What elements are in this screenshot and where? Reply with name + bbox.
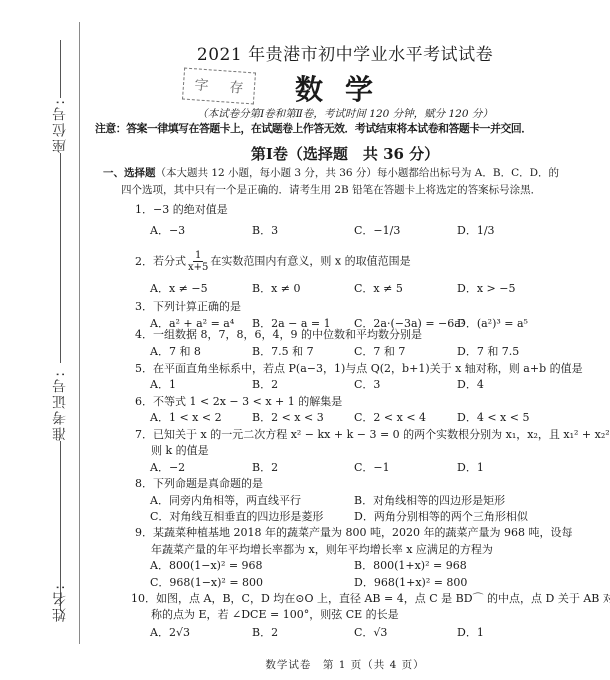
option-d[interactable]: D．4 < x < 5 <box>457 409 529 425</box>
name-label: 姓名: <box>50 583 70 622</box>
question-stem: 已知关于 x 的一元二次方程 x² − kx + k − 3 = 0 的两个实数… <box>153 428 610 441</box>
section-title: 第Ⅰ卷（选择题 共 36 分） <box>0 143 610 164</box>
question-4: 4．一组数据 8，7，8，6，4，9 的中位数和平均数分别是 <box>135 326 422 342</box>
option-b[interactable]: B．800(1+x)² = 968 <box>354 557 467 573</box>
fraction: 1x+5 <box>188 250 208 273</box>
subject-title: 数学 <box>0 68 610 108</box>
intro-line-1: （本大题共 12 小题，每小题 3 分，共 36 分）每小题都给出标号为 A．B… <box>156 167 560 179</box>
option-a[interactable]: A．−2 <box>150 459 185 475</box>
option-d[interactable]: D．1 <box>457 459 484 475</box>
question-9: 9．某蔬菜种植基地 2018 年的蔬菜产量为 800 吨，2020 年的蔬菜产量… <box>135 524 572 540</box>
option-c[interactable]: C．√3 <box>354 624 387 640</box>
option-d[interactable]: D．4 <box>457 376 484 392</box>
option-c[interactable]: C．7 和 7 <box>354 343 405 359</box>
option-a[interactable]: A．−3 <box>150 222 185 238</box>
option-c[interactable]: C．−1/3 <box>354 222 400 238</box>
option-c[interactable]: C．−1 <box>354 459 390 475</box>
option-c[interactable]: C．968(1−x)² = 800 <box>150 574 263 590</box>
exam-title: 2021 年贵港市初中学业水平考试试卷 <box>0 40 610 65</box>
option-c[interactable]: C．对角线互相垂直的四边形是菱形 <box>150 508 323 524</box>
option-d[interactable]: D．7 和 7.5 <box>457 343 519 359</box>
question-1: 1．−3 的绝对值是 <box>135 201 228 217</box>
option-a[interactable]: A．同旁内角相等，两直线平行 <box>150 492 301 508</box>
section-heading: 一、选择题 <box>103 167 156 179</box>
option-a[interactable]: A．800(1−x)² = 968 <box>150 557 263 573</box>
option-a[interactable]: A．1 < x < 2 <box>150 409 222 425</box>
option-d[interactable]: D．1 <box>457 624 484 640</box>
question-stem: 在平面直角坐标系中，若点 P(a−3，1)与点 Q(2，b+1)关于 x 轴对称… <box>153 362 583 375</box>
option-c[interactable]: C．3 <box>354 376 380 392</box>
option-b[interactable]: B．对角线相等的四边形是矩形 <box>354 492 505 508</box>
option-b[interactable]: B．2 < x < 3 <box>252 409 324 425</box>
option-a[interactable]: A．1 <box>150 376 176 392</box>
option-b[interactable]: B．2 <box>252 459 278 475</box>
question-6: 6．不等式 1 < 2x − 3 < x + 1 的解集是 <box>135 393 342 409</box>
exam-notice: 注意：答案一律填写在答题卡上，在试题卷上作答无效．考试结束将本试卷和答题卡一并交… <box>95 121 532 136</box>
fraction-denominator: x+5 <box>188 262 208 273</box>
question-number: 8． <box>135 475 153 491</box>
question-7: 7．已知关于 x 的一元二次方程 x² − kx + k − 3 = 0 的两个… <box>135 426 610 442</box>
option-c[interactable]: C．x ≠ 5 <box>354 280 403 296</box>
question-number: 3． <box>135 298 153 314</box>
option-d[interactable]: D．(a²)³ = a⁵ <box>457 315 528 331</box>
question-stem: 在实数范围内有意义，则 x 的取值范围是 <box>210 255 410 268</box>
question-stem: 不等式 1 < 2x − 3 < x + 1 的解集是 <box>153 395 342 408</box>
question-2: 2．若分式1x+5在实数范围内有意义，则 x 的取值范围是 <box>135 250 411 273</box>
admission-number-label: 准考证号: <box>50 370 70 441</box>
page-footer: 数学试卷 第 1 页（共 4 页） <box>0 657 610 672</box>
option-b[interactable]: B．7.5 和 7 <box>252 343 314 359</box>
question-number: 1． <box>135 201 153 217</box>
question-number: 7． <box>135 426 153 442</box>
question-stem: 下列命题是真命题的是 <box>153 477 263 490</box>
section-intro: 一、选择题（本大题共 12 小题，每小题 3 分，共 36 分）每小题都给出标号… <box>103 165 603 199</box>
question-5: 5．在平面直角坐标系中，若点 P(a−3，1)与点 Q(2，b+1)关于 x 轴… <box>135 360 583 376</box>
question-number: 10． <box>131 590 156 606</box>
question-10-line-2: 称的点为 E，若 ∠DCE = 100°，则弦 CE 的长是 <box>151 606 399 622</box>
question-stem: −3 的绝对值是 <box>153 203 228 216</box>
option-d[interactable]: D．968(1+x)² = 800 <box>354 574 467 590</box>
question-number: 9． <box>135 524 153 540</box>
fraction-numerator: 1 <box>193 250 203 262</box>
intro-line-2: 四个选项，其中只有一个是正确的．请考生用 2B 铅笔在答题卡上将选定的答案标号涂… <box>103 182 603 199</box>
question-number: 6． <box>135 393 153 409</box>
question-stem: 若分式 <box>153 255 186 268</box>
question-stem: 某蔬菜种植基地 2018 年的蔬菜产量为 800 吨，2020 年的蔬菜产量为 … <box>153 526 572 539</box>
option-a[interactable]: A．7 和 8 <box>150 343 201 359</box>
admission-number-field[interactable]: 准考证号: <box>50 370 70 611</box>
option-a[interactable]: A．x ≠ −5 <box>150 280 208 296</box>
option-b[interactable]: B．x ≠ 0 <box>252 280 301 296</box>
question-number: 5． <box>135 360 153 376</box>
question-10: 10．如图，点 A，B，C，D 均在⊙O 上，直径 AB = 4，点 C 是 B… <box>131 590 610 606</box>
question-stem: 下列计算正确的是 <box>153 300 241 313</box>
question-8: 8．下列命题是真命题的是 <box>135 475 263 491</box>
question-7-line-2: 则 k 的值是 <box>151 442 209 458</box>
option-d[interactable]: D．1/3 <box>457 222 495 238</box>
exam-meta: （本试卷分第Ⅰ卷和第Ⅱ卷，考试时间 120 分钟，赋分 120 分） <box>0 106 610 121</box>
question-9-line-2: 年蔬菜产量的年平均增长率都为 x，则年平均增长率 x 应满足的方程为 <box>151 541 493 557</box>
question-stem: 如图，点 A，B，C，D 均在⊙O 上，直径 AB = 4，点 C 是 BD⌒ … <box>156 592 610 605</box>
admission-number-underline <box>60 153 61 363</box>
option-b[interactable]: B．2 <box>252 624 278 640</box>
question-3: 3．下列计算正确的是 <box>135 298 241 314</box>
option-d[interactable]: D．x > −5 <box>457 280 515 296</box>
question-number: 4． <box>135 326 153 342</box>
option-b[interactable]: B．2 <box>252 376 278 392</box>
question-stem: 一组数据 8，7，8，6，4，9 的中位数和平均数分别是 <box>153 328 422 341</box>
option-b[interactable]: B．3 <box>252 222 278 238</box>
option-d[interactable]: D．两角分别相等的两个三角形相似 <box>354 508 528 524</box>
option-a[interactable]: A．2√3 <box>150 624 190 640</box>
question-number: 2． <box>135 253 153 269</box>
option-c[interactable]: C．2 < x < 4 <box>354 409 426 425</box>
name-field[interactable]: 姓名: <box>50 583 70 622</box>
